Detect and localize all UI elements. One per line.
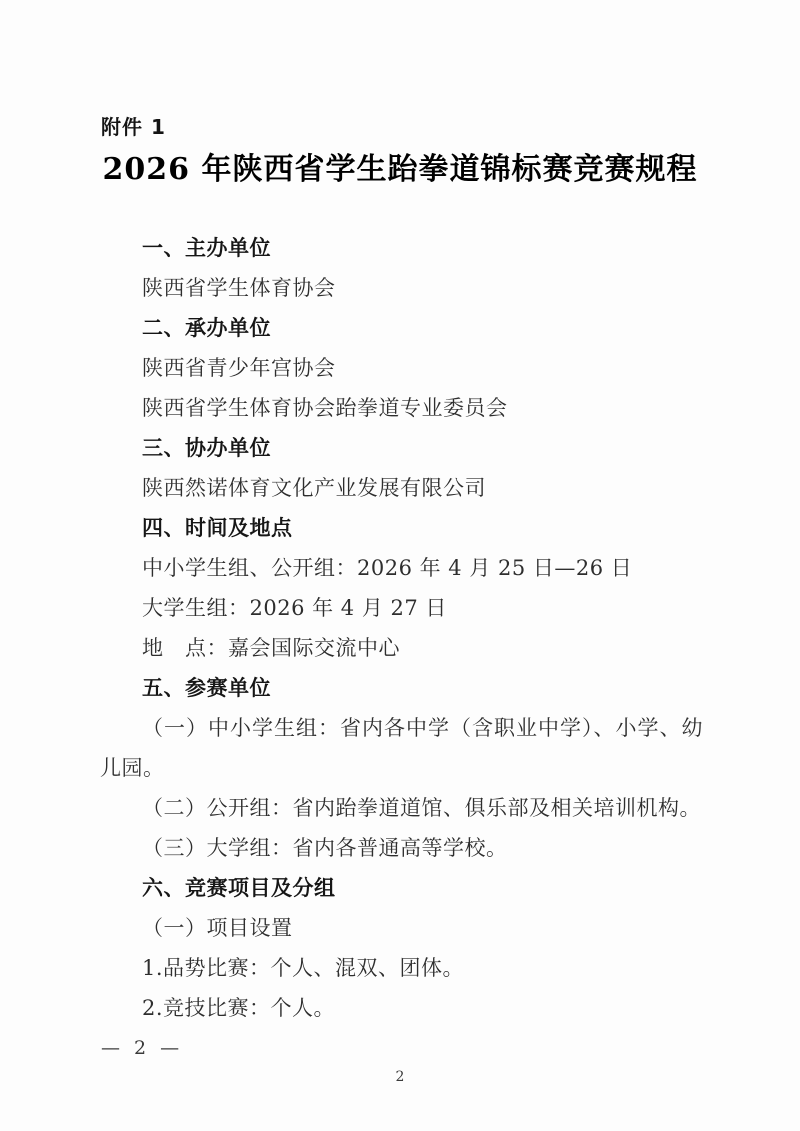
text-undertaking-unit-1: 陕西省青少年宫协会 <box>100 348 703 388</box>
text-group-university: （三）大学组：省内各普通高等学校。 <box>100 828 703 868</box>
text-time-school-open-group: 中小学生组、公开组：2026 年 4 月 25 日—26 日 <box>100 548 703 588</box>
text-co-organizer: 陕西然诺体育文化产业发展有限公司 <box>100 468 703 508</box>
attachment-label: 附件 1 <box>101 111 166 140</box>
footer-page-number: 2 <box>0 1069 800 1085</box>
footer-page-label: — 2 — <box>101 1037 183 1059</box>
heading-events-groups: 六、竞赛项目及分组 <box>100 868 703 908</box>
text-group-primary-secondary: （一）中小学生组：省内各中学（含职业中学）、小学、幼儿园。 <box>100 708 703 788</box>
heading-participating-units: 五、参赛单位 <box>100 668 703 708</box>
heading-undertaking-unit: 二、承办单位 <box>100 308 703 348</box>
heading-co-organizer: 三、协办单位 <box>100 428 703 468</box>
text-kyorugi-events: 2.竞技比赛：个人。 <box>100 988 703 1028</box>
text-venue: 地 点：嘉会国际交流中心 <box>100 628 703 668</box>
text-poomsae-events: 1.品势比赛：个人、混双、团体。 <box>100 948 703 988</box>
document-page: 附件 1 2026 年陕西省学生跆拳道锦标赛竞赛规程 一、主办单位 陕西省学生体… <box>0 0 800 1131</box>
heading-host-unit: 一、主办单位 <box>100 228 703 268</box>
text-group-open: （二）公开组：省内跆拳道道馆、俱乐部及相关培训机构。 <box>100 788 703 828</box>
document-title: 2026 年陕西省学生跆拳道锦标赛竞赛规程 <box>0 144 800 188</box>
document-body: 一、主办单位 陕西省学生体育协会 二、承办单位 陕西省青少年宫协会 陕西省学生体… <box>100 228 703 1028</box>
text-host-unit: 陕西省学生体育协会 <box>100 268 703 308</box>
text-undertaking-unit-2: 陕西省学生体育协会跆拳道专业委员会 <box>100 388 703 428</box>
heading-time-venue: 四、时间及地点 <box>100 508 703 548</box>
text-time-university-group: 大学生组：2026 年 4 月 27 日 <box>100 588 703 628</box>
text-event-setup: （一）项目设置 <box>100 908 703 948</box>
